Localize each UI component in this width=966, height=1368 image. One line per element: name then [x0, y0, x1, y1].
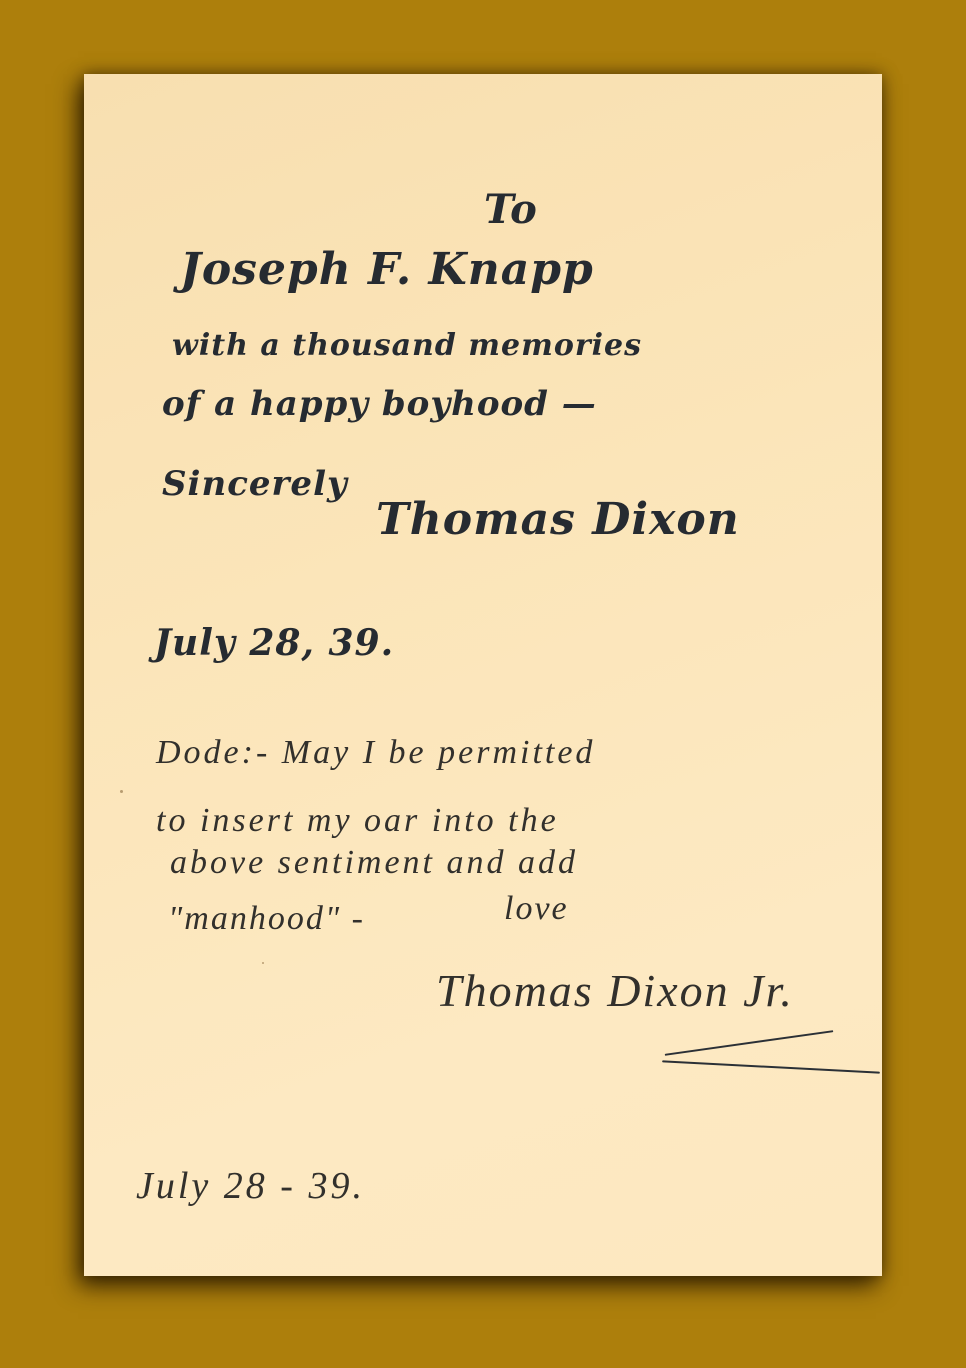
inscription-closing: Sincerely	[162, 464, 348, 504]
background-frame: To Joseph F. Knapp with a thousand memor…	[0, 0, 966, 1368]
note-closing-love: love	[504, 890, 569, 928]
paper-speck	[262, 962, 264, 964]
signature-underline	[662, 1060, 880, 1073]
inscription-line-2: of a happy boyhood —	[162, 384, 597, 424]
note-line-2: to insert my oar into the	[156, 802, 559, 840]
inscription-to-mark: To	[484, 186, 538, 233]
inscription-recipient: Joseph F. Knapp	[180, 244, 594, 295]
note-line-1: Dode:- May I be permitted	[156, 734, 595, 772]
signature-thomas-dixon: Thomas Dixon	[376, 494, 740, 545]
footer-date: July 28 - 39.	[136, 1164, 365, 1208]
inscription-date: July 28, 39.	[154, 622, 394, 664]
paper-speck	[120, 790, 123, 793]
inscription-line-1: with a thousand memories	[172, 328, 642, 363]
book-flyleaf-page: To Joseph F. Knapp with a thousand memor…	[84, 74, 882, 1276]
note-line-3: above sentiment and add	[170, 844, 578, 882]
signature-flourish	[665, 1030, 834, 1056]
signature-thomas-dixon-jr: Thomas Dixon Jr.	[436, 964, 794, 1017]
note-line-4: "manhood" -	[168, 900, 365, 938]
